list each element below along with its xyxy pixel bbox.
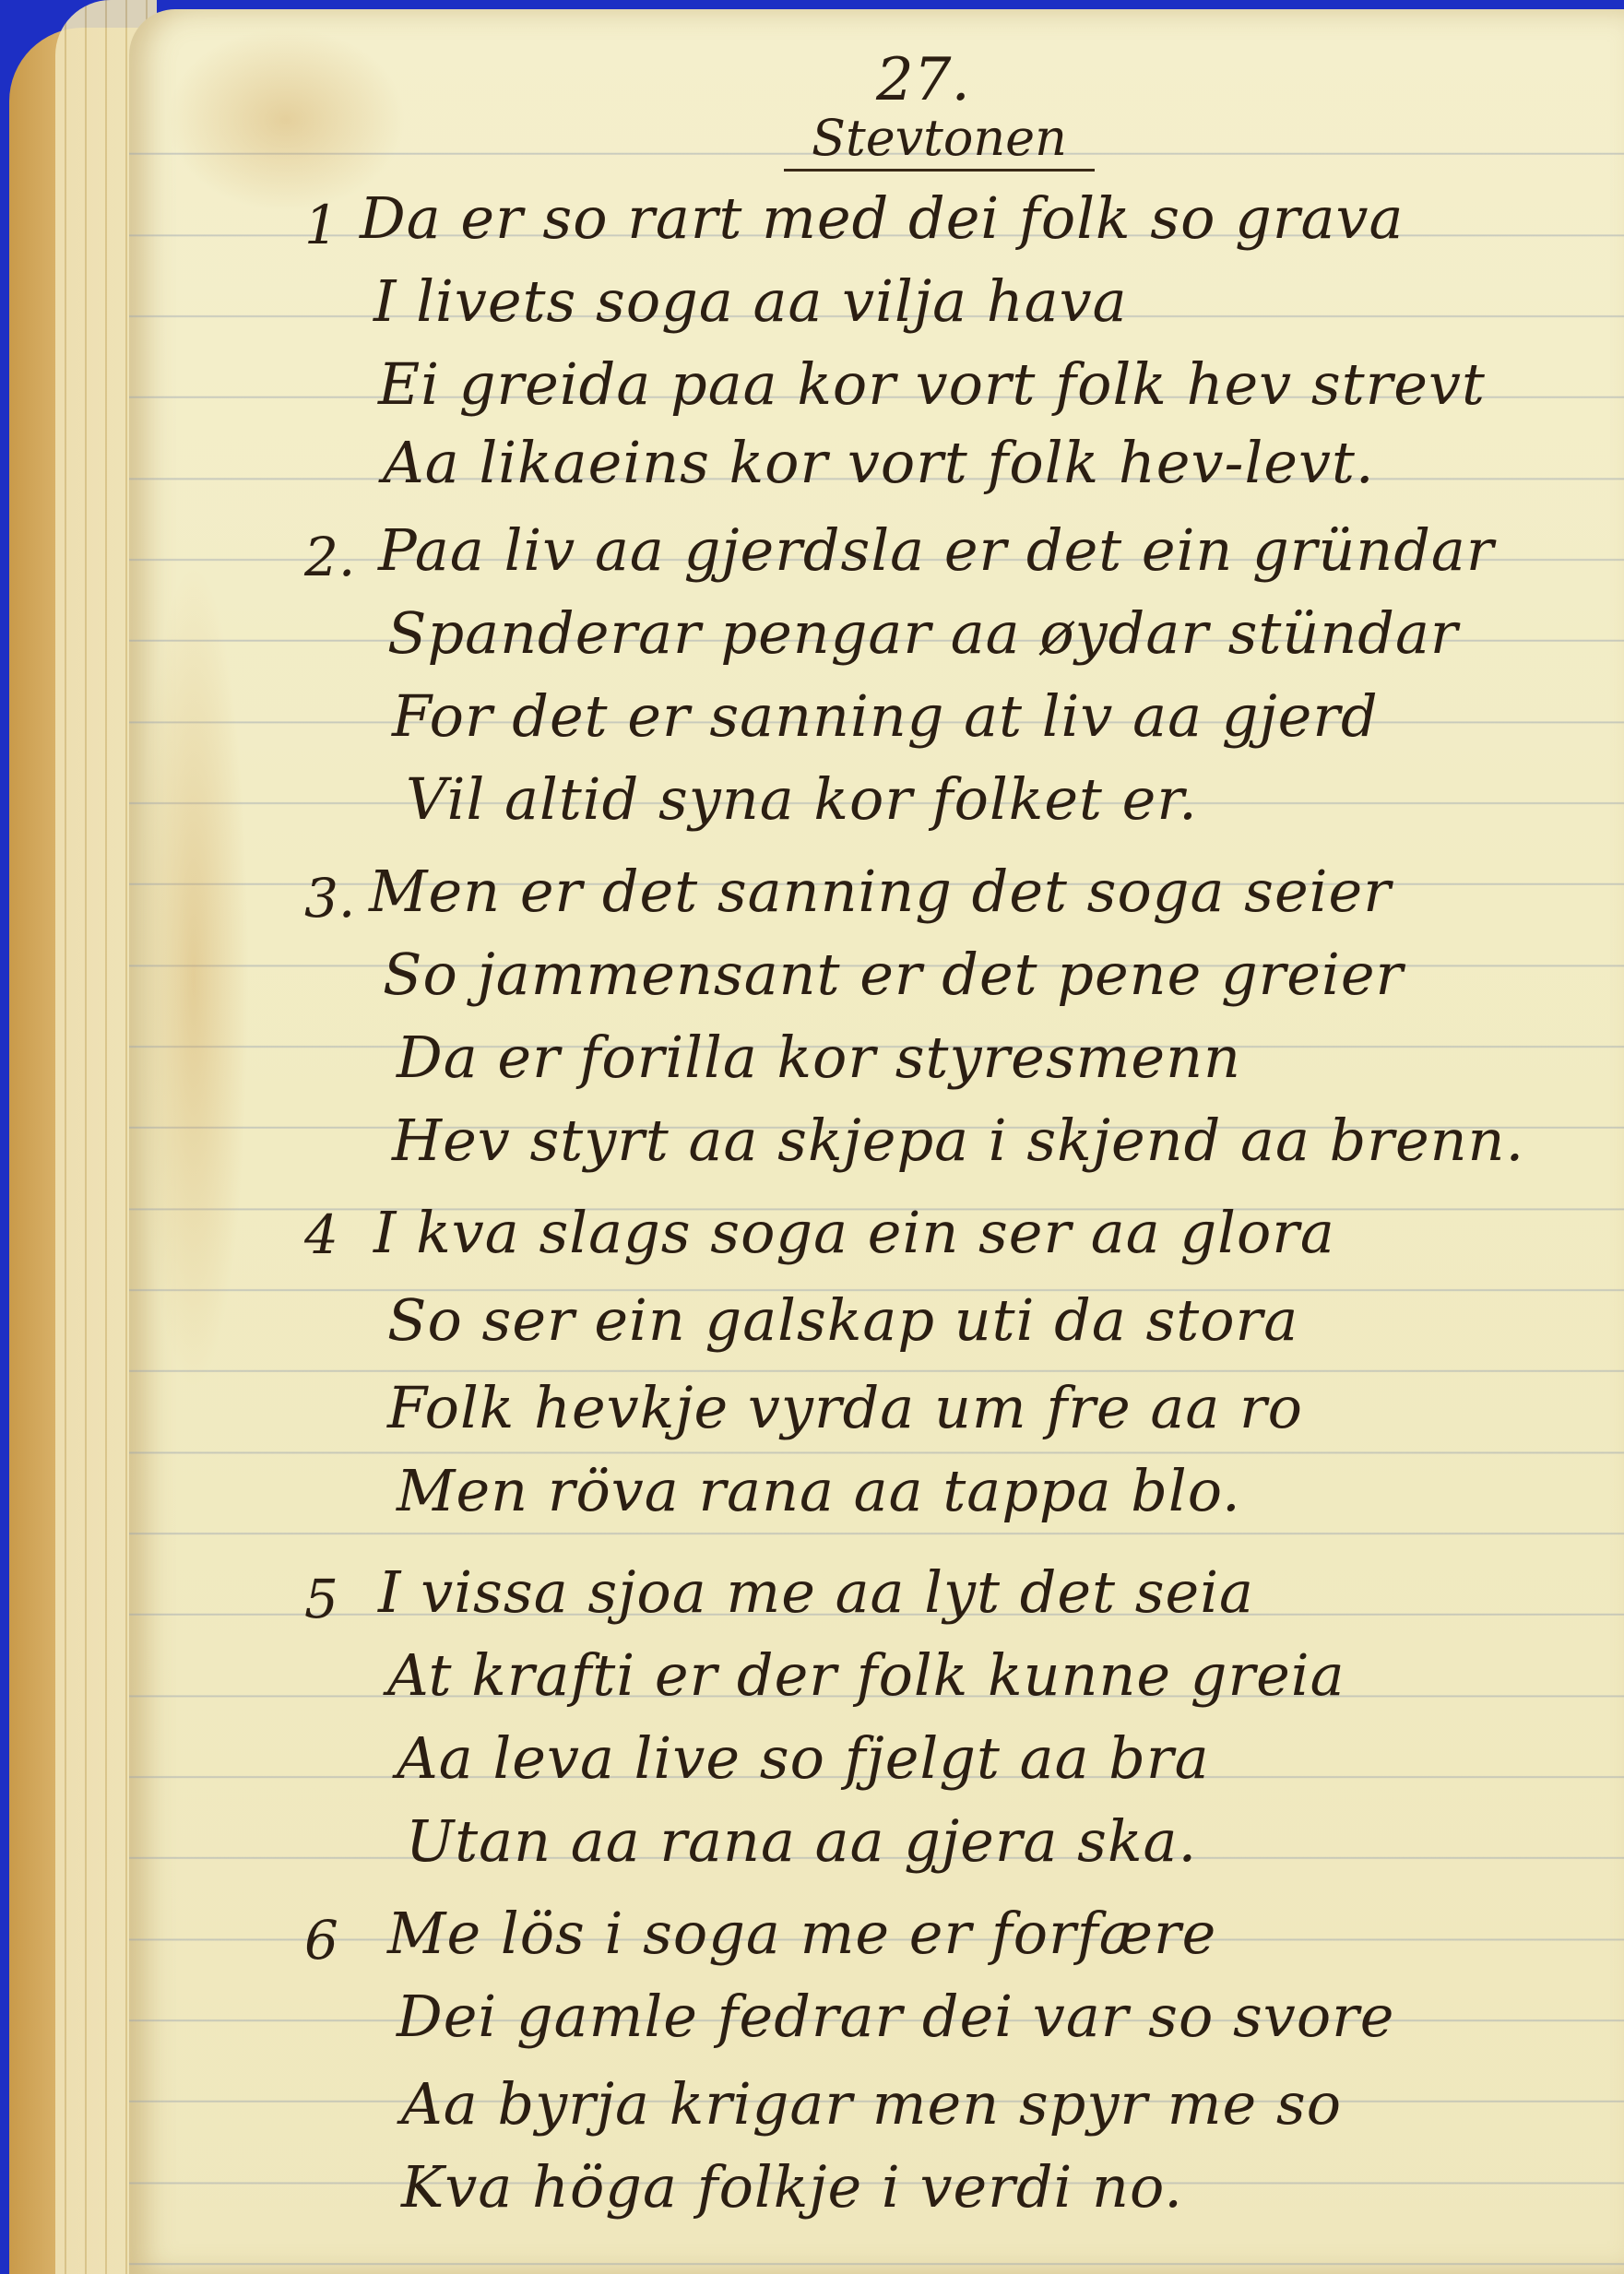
verse-line: Da er forilla kor styresmenn <box>397 1024 1241 1091</box>
verse-line: I vissa sjoa me aa lyt det seia <box>378 1558 1254 1626</box>
verse-line: Hev styrt aa skjepa i skjend aa brenn. <box>392 1107 1524 1174</box>
water-stain <box>138 563 249 1392</box>
verse-line: I kva slags soga ein ser aa glora <box>373 1199 1335 1266</box>
notebook-page: 27. Stevtonen 1 Da er so rart med dei fo… <box>129 9 1624 2274</box>
verse-line: Folk hevkje vyrda um fre aa ro <box>387 1374 1303 1441</box>
verse-line: Me lös i soga me er forfære <box>387 1900 1216 1967</box>
verse-number: 6 <box>304 1909 338 1972</box>
verse-line: Aa leva live so fjelgt aa bra <box>397 1724 1210 1792</box>
verse-line: Vil altid syna kor folket er. <box>406 765 1198 833</box>
verse-number: 2. <box>304 526 355 588</box>
verse-number: 1 <box>304 194 338 256</box>
verse-line: Kva höga folkje i verdi no. <box>401 2153 1183 2221</box>
verse-number: 5 <box>304 1568 338 1630</box>
verse-number: 3. <box>304 867 355 930</box>
page-number: 27. <box>876 46 970 114</box>
verse-line: So ser ein galskap uti da stora <box>387 1286 1298 1354</box>
verse-line: For det er sanning at liv aa gjerd <box>392 682 1379 750</box>
verse-line: So jammensant er det pene greier <box>383 941 1404 1008</box>
verse-line: Aa byrja krigar men spyr me so <box>401 2070 1342 2138</box>
verse-line: Spanderar pengar aa øydar stündar <box>387 599 1459 667</box>
page-title: Stevtonen <box>784 109 1095 172</box>
verse-line: Da er so rart med dei folk so grava <box>360 184 1404 252</box>
verse-line: I livets soga aa vilja hava <box>373 267 1128 335</box>
verse-line: Ei greida paa kor vort folk hev strevt <box>378 350 1486 418</box>
verse-number: 4 <box>304 1203 338 1266</box>
verse-line: Men er det sanning det soga seier <box>369 858 1392 925</box>
verse-line: Aa likaeins kor vort folk hev-levt. <box>383 429 1375 496</box>
verse-line: At krafti er der folk kunne greia <box>387 1641 1345 1709</box>
verse-line: Men röva rana aa tappa blo. <box>397 1457 1241 1524</box>
verse-line: Dei gamle fedrar dei var so svore <box>397 1983 1395 2050</box>
verse-line: Utan aa rana aa gjera ska. <box>406 1807 1197 1875</box>
verse-line: Paa liv aa gjerdsla er det ein gründar <box>378 516 1495 584</box>
